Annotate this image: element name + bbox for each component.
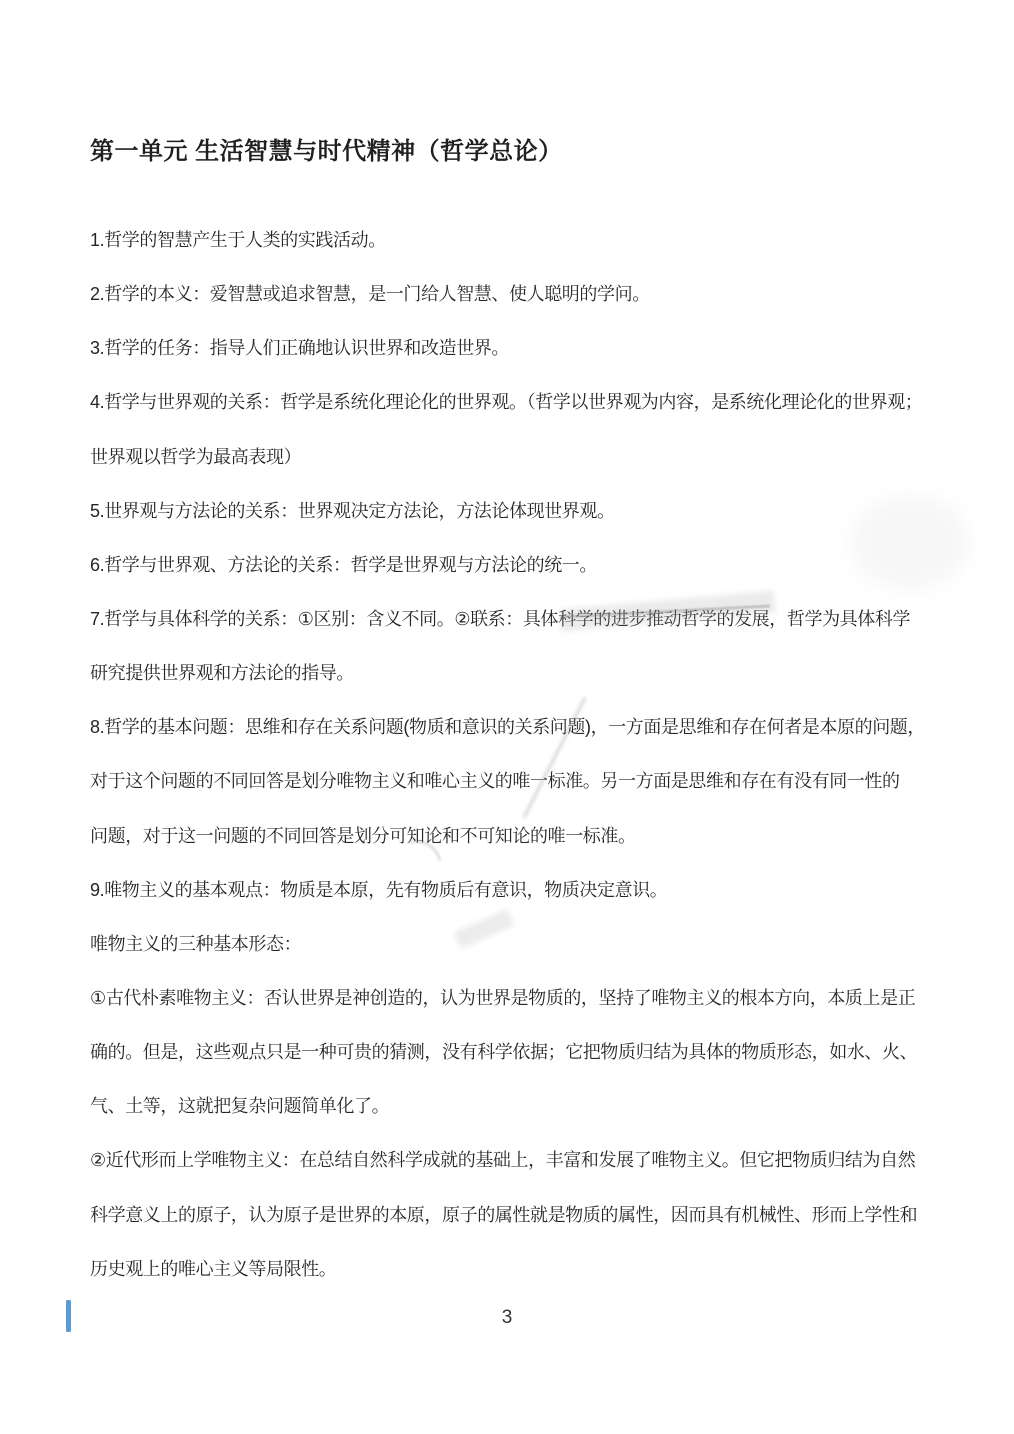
paragraph-10: 唯物主义的三种基本形态： [90,917,950,971]
text-line: 4.哲学与世界观的关系：哲学是系统化理论化的世界观。（哲学以世界观为内容，是系统… [90,375,950,429]
text-line: 5.世界观与方法论的关系：世界观决定方法论，方法论体现世界观。 [90,484,950,538]
text-line: 3.哲学的任务：指导人们正确地认识世界和改造世界。 [90,321,950,375]
text-line: 确的。但是，这些观点只是一种可贵的猜测，没有科学依据；它把物质归结为具体的物质形… [90,1025,950,1079]
text-line: 问题，对于这一问题的不同回答是划分可知论和不可知论的唯一标准。 [90,809,950,863]
paragraph-12: ②近代形而上学唯物主义：在总结自然科学成就的基础上，丰富和发展了唯物主义。但它把… [90,1133,950,1295]
paragraph-1: 1.哲学的智慧产生于人类的实践活动。 [90,213,950,267]
text-line: 世界观以哲学为最高表现） [90,430,950,484]
text-line: 科学意义上的原子，认为原子是世界的本原，原子的属性就是物质的属性，因而具有机械性… [90,1188,950,1242]
document-body: 1.哲学的智慧产生于人类的实践活动。 2.哲学的本义：爱智慧或追求智慧，是一门给… [90,213,950,1296]
text-line: ①古代朴素唯物主义：否认世界是神创造的，认为世界是物质的，坚持了唯物主义的根本方… [90,971,950,1025]
text-line: ②近代形而上学唯物主义：在总结自然科学成就的基础上，丰富和发展了唯物主义。但它把… [90,1133,950,1187]
text-line: 1.哲学的智慧产生于人类的实践活动。 [90,213,950,267]
text-line: 7.哲学与具体科学的关系：①区别：含义不同。②联系：具体科学的进步推动哲学的发展… [90,592,950,646]
paragraph-4: 4.哲学与世界观的关系：哲学是系统化理论化的世界观。（哲学以世界观为内容，是系统… [90,375,950,483]
text-line: 2.哲学的本义：爱智慧或追求智慧，是一门给人智慧、使人聪明的学问。 [90,267,950,321]
page-title: 第一单元 生活智慧与时代精神（哲学总论） [90,138,563,167]
text-line: 9.唯物主义的基本观点：物质是本原，先有物质后有意识，物质决定意识。 [90,863,950,917]
text-line: 6.哲学与世界观、方法论的关系：哲学是世界观与方法论的统一。 [90,538,950,592]
text-line: 对于这个问题的不同回答是划分唯物主义和唯心主义的唯一标准。另一方面是思维和存在有… [90,754,950,808]
paragraph-2: 2.哲学的本义：爱智慧或追求智慧，是一门给人智慧、使人聪明的学问。 [90,267,950,321]
paragraph-11: ①古代朴素唯物主义：否认世界是神创造的，认为世界是物质的，坚持了唯物主义的根本方… [90,971,950,1133]
paragraph-8: 8.哲学的基本问题：思维和存在关系问题(物质和意识的关系问题)，一方面是思维和存… [90,700,950,862]
paragraph-3: 3.哲学的任务：指导人们正确地认识世界和改造世界。 [90,321,950,375]
text-line: 研究提供世界观和方法论的指导。 [90,646,950,700]
paragraph-9: 9.唯物主义的基本观点：物质是本原，先有物质后有意识，物质决定意识。 [90,863,950,917]
page-number: 3 [0,1306,1014,1330]
paragraph-5: 5.世界观与方法论的关系：世界观决定方法论，方法论体现世界观。 [90,484,950,538]
paragraph-6: 6.哲学与世界观、方法论的关系：哲学是世界观与方法论的统一。 [90,538,950,592]
text-line: 气、土等，这就把复杂问题简单化了。 [90,1079,950,1133]
text-line: 8.哲学的基本问题：思维和存在关系问题(物质和意识的关系问题)，一方面是思维和存… [90,700,950,754]
text-line: 唯物主义的三种基本形态： [90,917,950,971]
paragraph-7: 7.哲学与具体科学的关系：①区别：含义不同。②联系：具体科学的进步推动哲学的发展… [90,592,950,700]
text-line: 历史观上的唯心主义等局限性。 [90,1242,950,1296]
